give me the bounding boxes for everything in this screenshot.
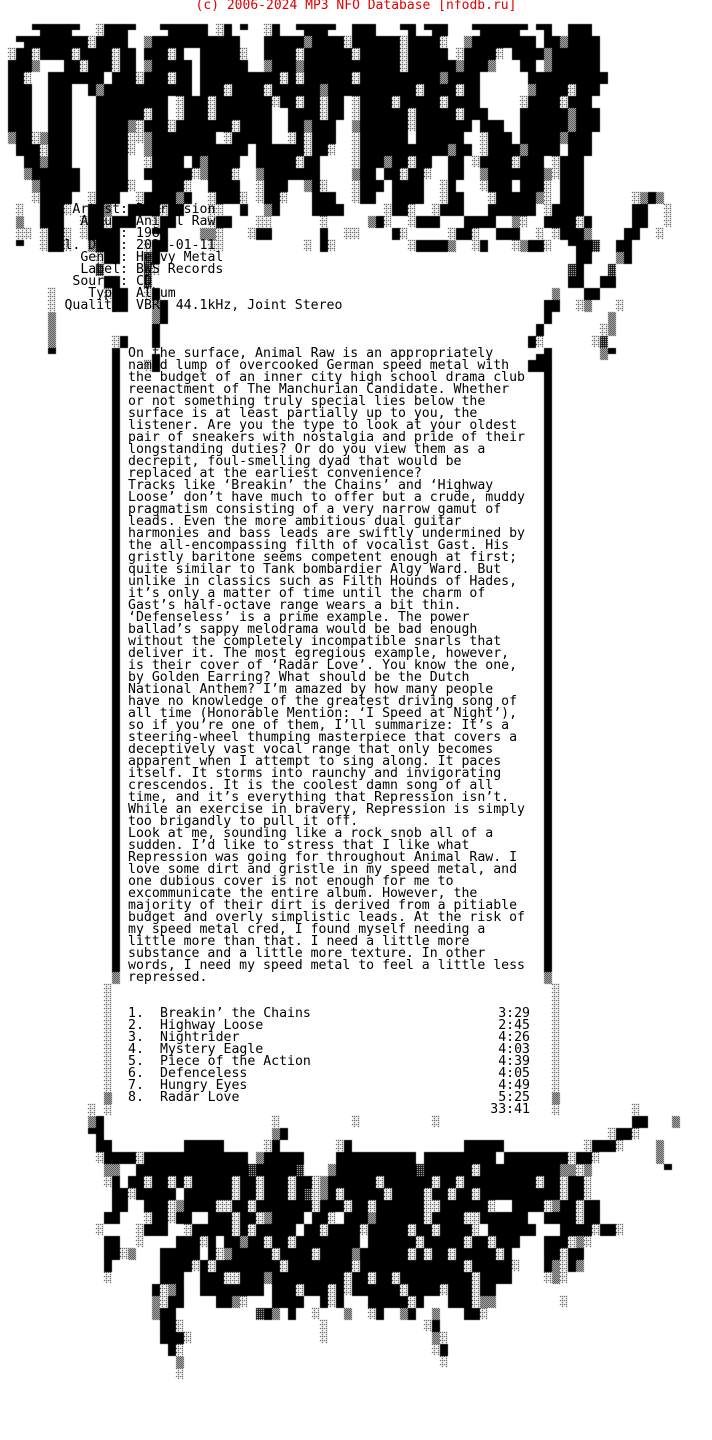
release-info: Artist:RepressionAlbum:Animal RawYear:19… [32, 204, 342, 312]
info-row: Quality:VBR, 44.1kHz, Joint Stereo [32, 300, 342, 312]
info-row: Source:CD [32, 276, 342, 288]
info-row: Album:Animal Raw [32, 216, 342, 228]
track-number: 8. [128, 1092, 160, 1104]
review-text: On the surface, Animal Raw is an appropr… [128, 348, 525, 984]
copyright-header: (c) 2006-2024 MP3 NFO Database [nfodb.ru… [0, 0, 712, 12]
tracklist: 1.Breakin’ the Chains3:292.Highway Loose… [128, 1008, 530, 1116]
total-duration: 33:41 [128, 1104, 530, 1116]
info-label: Quality: [32, 300, 128, 312]
track-title: Radar Love [160, 1092, 239, 1104]
track-duration: 5:25 [498, 1092, 530, 1104]
info-value: VBR, 44.1kHz, Joint Stereo [128, 300, 342, 312]
track-row: 8.Radar Love5:25 [128, 1092, 530, 1104]
review-line: repressed. [128, 972, 525, 984]
